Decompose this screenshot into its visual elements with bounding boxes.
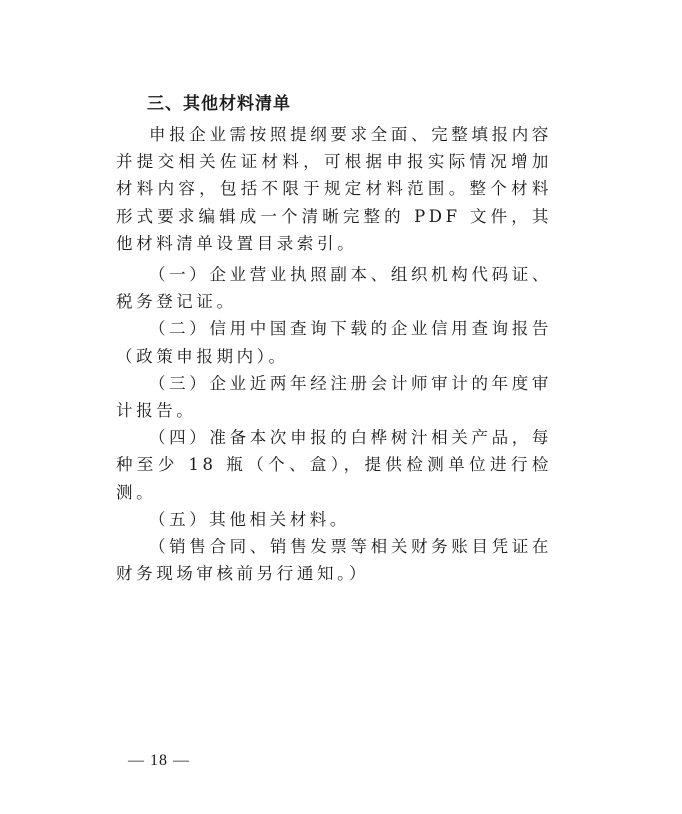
document-page: 三、其他材料清单 申报企业需按照提纲要求全面、完整填报内容并提交相关佐证材料，可… — [0, 0, 682, 814]
intro-paragraph: 申报企业需按照提纲要求全面、完整填报内容并提交相关佐证材料，可根据申报实际情况增… — [116, 121, 552, 257]
section-heading: 三、其他材料清单 — [147, 92, 291, 116]
list-item-1: （一）企业营业执照副本、组织机构代码证、税务登记证。 — [116, 261, 552, 315]
page-number: — 18 — — [128, 752, 190, 770]
list-item-5: （五）其他相关材料。 — [116, 506, 552, 533]
list-item-3: （三）企业近两年经注册会计师审计的年度审计报告。 — [116, 370, 552, 424]
list-item-4: （四）准备本次申报的白桦树汁相关产品，每种至少 18 瓶（个、盒），提供检测单位… — [116, 424, 552, 506]
document-body: 申报企业需按照提纲要求全面、完整填报内容并提交相关佐证材料，可根据申报实际情况增… — [116, 121, 552, 587]
note-paragraph: （销售合同、销售发票等相关财务账目凭证在财务现场审核前另行通知。） — [116, 533, 552, 587]
list-item-2: （二）信用中国查询下载的企业信用查询报告（政策申报期内）。 — [116, 315, 552, 369]
